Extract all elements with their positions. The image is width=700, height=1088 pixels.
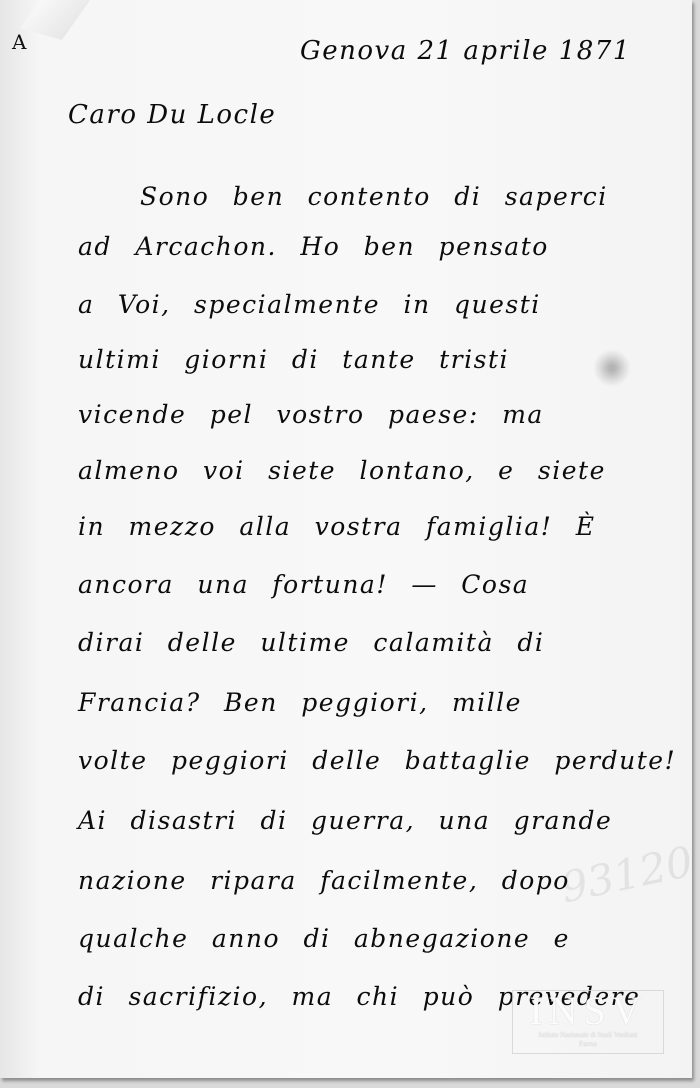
- ink-blot: [592, 350, 632, 386]
- body-line: ancora una fortuna! — Cosa: [78, 570, 529, 599]
- watermark-logo: INSV: [513, 991, 663, 1031]
- body-line: almeno voi siete lontano, e siete: [78, 456, 606, 485]
- page-mark: A: [12, 30, 26, 54]
- body-line: ultimi giorni di tante tristi: [78, 345, 509, 374]
- letter-page: A Genova 21 aprile 1871 Caro Du Locle So…: [0, 0, 692, 1078]
- body-line: in mezzo alla vostra famiglia! È: [78, 512, 596, 541]
- body-line: dirai delle ultime calamità di: [78, 628, 544, 657]
- archive-watermark: INSV Istituto Nazionale di Studi Verdian…: [512, 990, 664, 1054]
- letter-date: Genova 21 aprile 1871: [300, 36, 631, 66]
- letter-salutation: Caro Du Locle: [68, 100, 276, 130]
- body-line: qualche anno di abnegazione e: [78, 924, 570, 953]
- watermark-city: Parma: [513, 1040, 663, 1049]
- body-line: Sono ben contento di saperci: [140, 182, 608, 211]
- body-line: Ai disastri di guerra, una grande: [78, 806, 612, 835]
- paper-crease: [20, 0, 90, 40]
- body-line: a Voi, specialmente in questi: [78, 290, 541, 319]
- body-line: Francia? Ben peggiori, mille: [78, 688, 522, 717]
- body-line: vicende pel vostro paese: ma: [78, 400, 544, 429]
- body-line: ad Arcachon. Ho ben pensato: [78, 232, 549, 261]
- body-line: nazione ripara facilmente, dopo: [78, 866, 570, 895]
- body-line: volte peggiori delle battaglie perdute!: [78, 746, 676, 775]
- bleed-through-number: 93120: [556, 837, 697, 913]
